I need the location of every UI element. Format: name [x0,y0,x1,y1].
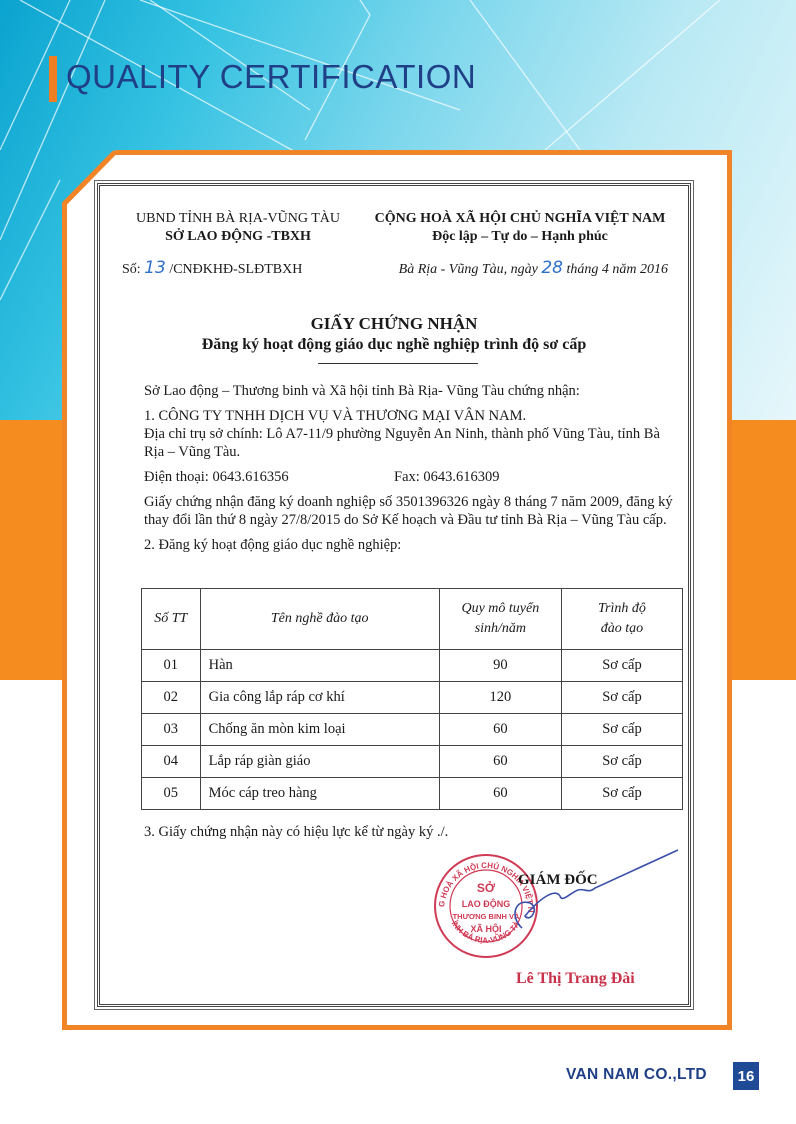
company-name: 1. CÔNG TY TNHH DỊCH VỤ VÀ THƯƠNG MẠI VÂ… [144,407,674,425]
table-row: 03Chống ăn mòn kim loại60Sơ cấp [142,714,683,746]
table-row: 04Lắp ráp giàn giáo60Sơ cấp [142,746,683,778]
contact-row: Điện thoại: 0643.616356 Fax: 0643.616309 [144,468,674,486]
issuer-department: SỞ LAO ĐỘNG -TBXH [118,228,358,246]
section-2-heading: 2. Đăng ký hoạt động giáo dục nghề nghiệ… [144,536,674,554]
cell-name: Gia công lắp ráp cơ khí [200,682,439,714]
page-number: 16 [733,1062,759,1090]
cell-qty: 120 [439,682,561,714]
cell-level: Sơ cấp [561,746,682,778]
cell-name: Chống ăn mòn kim loại [200,714,439,746]
cell-qty: 60 [439,714,561,746]
cell-level: Sơ cấp [561,650,682,682]
cell-name: Móc cáp treo hàng [200,778,439,810]
signer-name: Lê Thị Trang Đài [516,970,635,988]
cell-no: 02 [142,682,201,714]
col-header-name: Tên nghề đào tạo [200,589,439,650]
issuer-header: UBND TỈNH BÀ RỊA-VŨNG TÀU SỞ LAO ĐỘNG -T… [118,210,358,246]
table-row: 02Gia công lắp ráp cơ khí120Sơ cấp [142,682,683,714]
company-address: Địa chỉ trụ sở chính: Lô A7-11/9 phường … [144,425,674,461]
section-3-text: 3. Giấy chứng nhận này có hiệu lực kể từ… [144,824,448,841]
cell-qty: 90 [439,650,561,682]
cell-name: Lắp ráp giàn giáo [200,746,439,778]
national-motto: Độc lập – Tự do – Hạnh phúc [360,228,680,246]
cell-no: 04 [142,746,201,778]
registration-text: Giấy chứng nhận đăng ký doanh nghiệp số … [144,493,674,529]
cell-no: 03 [142,714,201,746]
handwritten-signature [500,848,680,938]
table-row: 01Hàn90Sơ cấp [142,650,683,682]
col-header-no: Số TT [142,589,201,650]
col-header-qty: Quy mô tuyểnsinh/năm [439,589,561,650]
certificate-title: GIẤY CHỨNG NHẬN [100,314,688,334]
svg-text:XÃ HỘI: XÃ HỘI [470,923,501,934]
national-title: CỘNG HOÀ XÃ HỘI CHỦ NGHĨA VIỆT NAM [360,210,680,228]
cell-level: Sơ cấp [561,682,682,714]
issuer-province: UBND TỈNH BÀ RỊA-VŨNG TÀU [118,210,358,228]
svg-text:SỞ: SỞ [477,880,496,895]
document-number: Số: 13 /CNĐKHĐ-SLĐTBXH [122,258,302,278]
handwritten-day: 28 [541,258,563,278]
table-header-row: Số TT Tên nghề đào tạo Quy mô tuyểnsinh/… [142,589,683,650]
cell-qty: 60 [439,746,561,778]
cell-no: 05 [142,778,201,810]
certificate-document: UBND TỈNH BÀ RỊA-VŨNG TÀU SỞ LAO ĐỘNG -T… [97,183,691,1007]
cell-name: Hàn [200,650,439,682]
cell-level: Sơ cấp [561,714,682,746]
fax-number: Fax: 0643.616309 [394,468,500,486]
certificate-subtitle: Đăng ký hoạt động giáo dục nghề nghiệp t… [100,336,688,354]
title-accent-bar [49,56,57,102]
subtitle-divider [318,363,478,364]
handwritten-number: 13 [144,258,166,278]
cell-no: 01 [142,650,201,682]
phone-number: Điện thoại: 0643.616356 [144,468,394,486]
footer-brand: VAN NAM CO.,LTD [566,1066,707,1084]
page-title: QUALITY CERTIFICATION [66,58,476,96]
certificate-body: Sở Lao động – Thương binh và Xã hội tỉnh… [144,382,674,561]
national-header: CỘNG HOÀ XÃ HỘI CHỦ NGHĨA VIỆT NAM Độc l… [360,210,680,246]
cell-qty: 60 [439,778,561,810]
training-table: Số TT Tên nghề đào tạo Quy mô tuyểnsinh/… [141,588,683,810]
intro-text: Sở Lao động – Thương binh và Xã hội tỉnh… [144,382,674,400]
document-date: Bà Rịa - Vũng Tàu, ngày 28 tháng 4 năm 2… [399,258,668,278]
table-row: 05Móc cáp treo hàng60Sơ cấp [142,778,683,810]
cell-level: Sơ cấp [561,778,682,810]
col-header-level: Trình độđào tạo [561,589,682,650]
